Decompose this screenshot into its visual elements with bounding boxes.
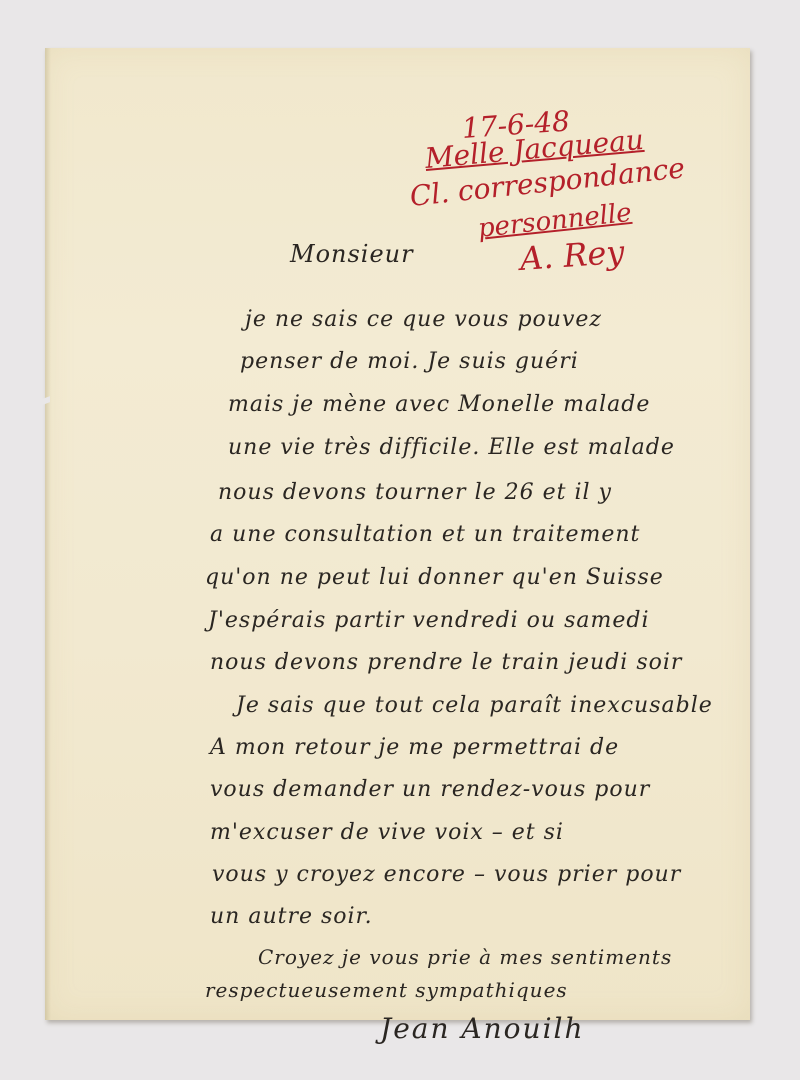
body-line: nous devons prendre le train jeudi soir — [210, 650, 682, 675]
signature: Jean Anouilh — [380, 1012, 585, 1045]
red-annotation-initials: A. Rey — [519, 233, 626, 278]
body-line: Croyez je vous prie à mes sentiments — [258, 945, 672, 969]
body-line: A mon retour je me permettrai de — [210, 735, 619, 760]
body-line: qu'on ne peut lui donner qu'en Suisse — [205, 565, 664, 590]
body-line: vous demander un rendez-vous pour — [210, 777, 650, 802]
body-line: respectueusement sympathiques — [205, 978, 568, 1002]
body-line: vous y croyez encore – vous prier pour — [212, 862, 681, 887]
salutation: Monsieur — [290, 240, 414, 268]
body-line: je ne sais ce que vous pouvez — [245, 307, 602, 332]
body-line: un autre soir. — [210, 904, 373, 929]
body-line: nous devons tourner le 26 et il y — [218, 480, 612, 505]
body-line: mais je mène avec Monelle malade — [228, 392, 650, 417]
body-line: penser de moi. Je suis guéri — [240, 349, 579, 374]
body-line: J'espérais partir vendredi ou samedi — [208, 608, 650, 633]
body-line: Je sais que tout cela paraît inexcusable — [236, 693, 713, 718]
body-line: a une consultation et un traitement — [210, 522, 640, 547]
body-line: m'excuser de vive voix – et si — [210, 820, 564, 845]
body-line: une vie très difficile. Elle est malade — [228, 435, 675, 460]
